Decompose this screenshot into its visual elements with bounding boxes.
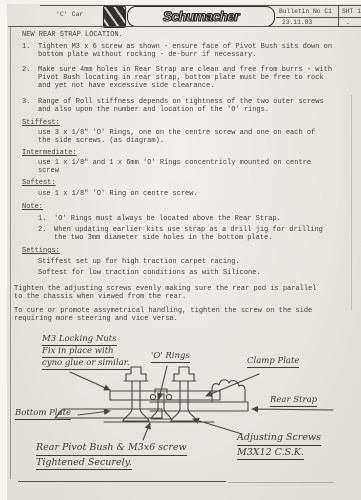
note-number: 2. xyxy=(38,226,54,242)
bulletin-number: Bulletin No C1 xyxy=(279,8,332,15)
label-line: Bottom Plate xyxy=(15,408,71,420)
section-heading-intermediate: Intermediate: xyxy=(22,149,355,157)
centre-bush-shape xyxy=(151,389,171,419)
label-line: Rear Pivot Bush & M3x6 screw xyxy=(36,441,187,456)
item-number: 3. xyxy=(22,98,38,114)
o-ring-left xyxy=(150,394,155,399)
schumacher-logo-icon xyxy=(103,6,126,28)
label-line: 'O' Rings xyxy=(151,351,190,363)
arrow-adjusting-screws xyxy=(193,419,242,434)
note-item: 1. 'O' Rings must always be located abov… xyxy=(38,215,355,223)
info-col-divider xyxy=(338,5,339,26)
bulletin-date: 23.11.83 xyxy=(282,19,312,26)
item-text: Range of Roll stiffness depends on tight… xyxy=(38,98,340,114)
label-line: Tightened Securely. xyxy=(36,456,132,471)
left-screw-assembly xyxy=(123,367,149,421)
right-screw-assembly xyxy=(171,367,197,421)
arrow-rear-strap xyxy=(252,409,333,410)
arrow-pivot-bush xyxy=(143,423,150,440)
label-line: Fix in place with xyxy=(42,346,114,358)
page-title: NEW REAR STRAP LOCATION. xyxy=(22,31,355,39)
bottom-rule-dark xyxy=(18,481,226,482)
label-clamp-plate: Clamp Plate xyxy=(247,356,299,368)
item-number: 2. xyxy=(22,66,38,90)
label-line: Rear Strap xyxy=(270,395,317,407)
note-item: 2. When updating earlier kits use strap … xyxy=(38,226,355,242)
closing-paragraph: To cure or promote assymetrical handling… xyxy=(14,307,320,323)
instruction-item: 2. Make sure 4mm holes in Rear Strap are… xyxy=(22,66,355,90)
note-text: When updating earlier kits use strap as … xyxy=(54,226,326,242)
arrow-locking-nuts xyxy=(70,372,110,390)
o-ring-right xyxy=(166,394,171,399)
label-o-rings: 'O' Rings xyxy=(151,351,190,363)
item-text: Make sure 4mm holes in Rear Strap are cl… xyxy=(38,66,340,90)
settings-line: Stiffest set up for high traction carpet… xyxy=(38,258,328,266)
section-body-intermediate: use 1 x 1/8" and 1 x 6mm 'O' Rings conce… xyxy=(38,159,320,175)
brand-wordmark: Schumacher xyxy=(127,6,275,27)
label-rear-strap: Rear Strap xyxy=(270,395,317,407)
clamp-plate-shape xyxy=(110,391,220,400)
bottom-rule-faint xyxy=(228,482,334,483)
sheet-number: SHT 1 xyxy=(342,8,361,15)
label-line: Clamp Plate xyxy=(247,356,299,368)
rear-strap-diagram: M3 Locking Nuts Fix in place with cyno g… xyxy=(0,325,361,480)
instruction-item: 3. Range of Roll stiffness depends on ti… xyxy=(22,98,355,114)
document-body: NEW REAR STRAP LOCATION. 1. Tighten M3 x… xyxy=(22,27,355,324)
label-pivot-bush: Rear Pivot Bush & M3x6 screw Tightened S… xyxy=(36,441,187,470)
car-label: 'C' Car xyxy=(56,11,83,18)
sheet-value: . xyxy=(346,19,350,26)
label-line: cyno glue or similar. xyxy=(42,358,130,370)
arrow-o-rings xyxy=(159,366,167,399)
arrow-clamp-plate xyxy=(206,374,259,396)
closing-paragraph: Tighten the adjusting screws evenly maki… xyxy=(14,285,320,301)
bulletin-info-table: Bulletin No C1 SHT 1 23.11.83 . xyxy=(276,5,361,26)
item-text: Tighten M3 x 6 screw as shown - ensure f… xyxy=(38,43,340,59)
bulletin-page: 'C' Car Schumacher Bulletin No C1 SHT 1 … xyxy=(0,0,361,500)
section-heading-stiffest: Stiffest: xyxy=(22,119,355,127)
settings-line: Softest for low traction conditions as w… xyxy=(38,269,328,277)
settings-heading: Settings: xyxy=(22,247,355,255)
instruction-item: 1. Tighten M3 x 6 screw as shown - ensur… xyxy=(22,43,355,59)
section-body-stiffest: use 3 x 1/8" 'O' Rings, one on the centr… xyxy=(38,129,320,145)
section-heading-softest: Softest: xyxy=(22,179,355,187)
item-number: 1. xyxy=(22,43,38,59)
scan-edge-top xyxy=(0,0,361,4)
info-row-divider xyxy=(276,17,361,18)
note-number: 1. xyxy=(38,215,54,223)
label-line: M3 Locking Nuts xyxy=(42,334,117,346)
note-text: 'O' Rings must always be located above t… xyxy=(54,215,326,223)
label-locking-nuts: M3 Locking Nuts Fix in place with cyno g… xyxy=(42,334,130,370)
label-adjusting-screws: Adjusting Screws M3X12 C.S.K. xyxy=(237,431,321,460)
section-body-softest: use 1 x 1/8" 'O' Ring on centre screw. xyxy=(38,190,320,198)
arrow-bottom-plate xyxy=(78,411,110,415)
label-bottom-plate: Bottom Plate xyxy=(15,408,71,420)
label-line: Adjusting Screws xyxy=(237,431,321,446)
label-line: M3X12 C.S.K. xyxy=(237,446,304,461)
note-heading: Note: xyxy=(22,203,355,211)
